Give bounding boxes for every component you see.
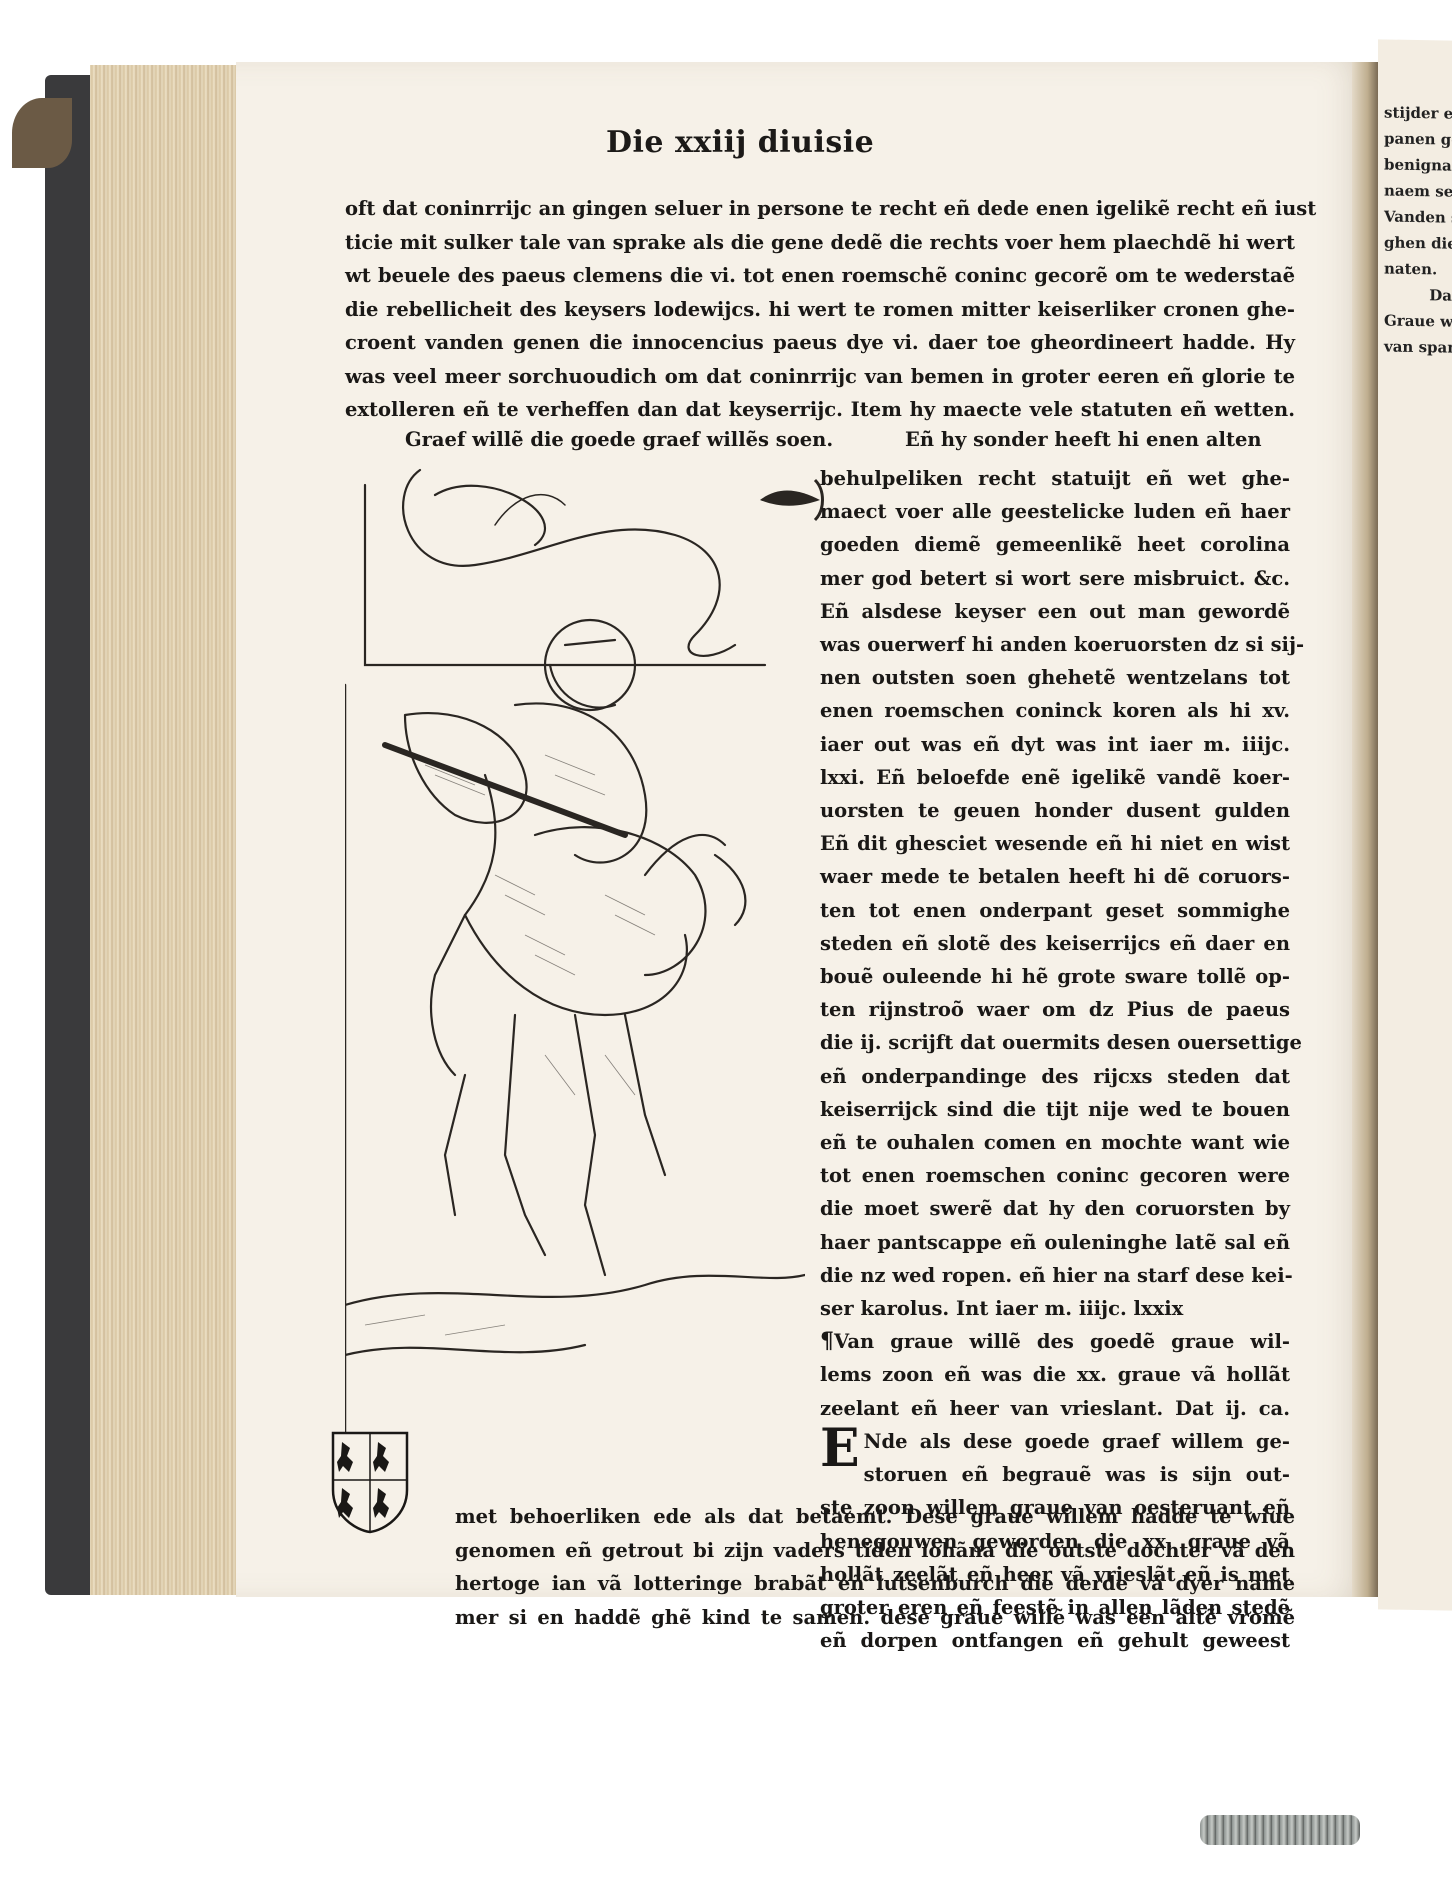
- text-line: die nz wed ropen. eñ hier na starf dese …: [820, 1259, 1290, 1292]
- facing-line: Graue will: [1378, 307, 1452, 334]
- text-line: die ij. scrijft dat ouermits desen ouers…: [820, 1026, 1290, 1059]
- right-column: behulpeliken recht statuijt eñ wet ghe- …: [820, 462, 1290, 1657]
- facing-line: van spange: [1378, 333, 1452, 360]
- text-line: Eñ dit ghesciet wesende eñ hi niet en wi…: [820, 827, 1290, 860]
- pilcrow-icon: ¶: [820, 1328, 834, 1354]
- text-line: behulpeliken recht statuijt eñ wet ghe-: [820, 462, 1290, 495]
- facing-line: ghen die hy: [1378, 229, 1452, 256]
- chapter-heading-line: lems zoon eñ was die xx. graue vã hollãt: [820, 1358, 1290, 1391]
- page-edges: [90, 65, 238, 1595]
- text-line: lxxi. Eñ beloefde enẽ igelikẽ vandẽ koer…: [820, 761, 1290, 794]
- text-line: ten rijnstroõ waer om dz Pius de paeus: [820, 993, 1290, 1026]
- chapter-heading-line: zeelant eñ heer van vrieslant. Dat ij. c…: [820, 1392, 1290, 1425]
- facing-line: naten.: [1378, 255, 1452, 282]
- text-line: waer mede te betalen heeft hi dẽ coruors…: [820, 860, 1290, 893]
- text-line: storuen eñ begrauẽ was is sijn out-: [820, 1458, 1290, 1491]
- text-line: was ouerwerf hi anden koeruorsten dz si …: [820, 628, 1290, 661]
- text-line: maect voer alle geestelicke luden eñ hae…: [820, 495, 1290, 528]
- text-line: wt beuele des paeus clemens die vi. tot …: [345, 259, 1295, 293]
- text-line: goeden diemẽ gemeenlikẽ heet corolina: [820, 528, 1290, 561]
- text-line: croent vanden genen die innocencius paeu…: [345, 326, 1295, 360]
- text-line: iaer out was eñ dyt was int iaer m. iiij…: [820, 728, 1290, 761]
- text-line: die moet swerẽ dat hy den coruorsten by: [820, 1192, 1290, 1225]
- facing-line: benignatie eñ: [1378, 151, 1452, 178]
- text-line: tot enen roemschen coninc gecoren were: [820, 1159, 1290, 1192]
- bottom-paragraph: met behoerliken ede als dat betaemt. Des…: [455, 1500, 1295, 1634]
- text-line: ser karolus. Int iaer m. iiijc. lxxix: [820, 1292, 1290, 1325]
- running-head: Die xxiij diuisie: [606, 125, 874, 160]
- text-line: Nde als dese goede graef willem ge-: [820, 1425, 1290, 1458]
- headband: [12, 98, 72, 168]
- text-line: met behoerliken ede als dat betaemt. Des…: [455, 1500, 1295, 1534]
- facing-line: stijder eñ oo: [1378, 99, 1452, 126]
- facing-line: panen gerep: [1378, 125, 1452, 152]
- text-line: uorsten te geuen honder dusent gulden: [820, 794, 1290, 827]
- ribbon-bookmark: [1200, 1815, 1360, 1845]
- text-line: ten tot enen onderpant geset sommighe: [820, 894, 1290, 927]
- text-line: eñ onderpandinge des rijcxs steden dat: [820, 1060, 1290, 1093]
- column-start: Eñ hy sonder heeft hi enen alten: [905, 428, 1262, 451]
- text-line: haer pantscappe eñ ouleninghe latẽ sal e…: [820, 1226, 1290, 1259]
- facing-line: Vanden stri: [1378, 203, 1452, 230]
- text-line: eñ te ouhalen comen en mochte want wie: [820, 1126, 1290, 1159]
- text-line: keiserrijck sind die tijt nije wed te bo…: [820, 1093, 1290, 1126]
- gutter: [1352, 62, 1378, 1597]
- text-line: steden eñ slotẽ des keiserrijcs eñ daer …: [820, 927, 1290, 960]
- facing-line: Da: [1378, 281, 1452, 308]
- text-line: mer si en haddẽ ghẽ kind te samen. dese …: [455, 1601, 1295, 1635]
- chapter-heading-line: ¶Van graue willẽ des goedẽ graue wil-: [820, 1325, 1290, 1358]
- facing-line: naem seer ou: [1378, 177, 1452, 204]
- text-line: was veel meer sorchuoudich om dat coninr…: [345, 360, 1295, 394]
- text-line: nen outsten soen ghehetẽ wentzelans tot: [820, 661, 1290, 694]
- full-width-paragraph: oft dat coninrrijc an gingen seluer in p…: [345, 192, 1295, 427]
- text-line: bouẽ ouleende hi hẽ grote sware tollẽ op…: [820, 960, 1290, 993]
- text-line: genomen eñ getrout bi zijn vaders tiden …: [455, 1534, 1295, 1568]
- text-line: hertoge ian vã lotteringe brabãt eñ luts…: [455, 1567, 1295, 1601]
- chapter-heading-text: Van graue willẽ des goedẽ graue wil-: [834, 1330, 1290, 1353]
- decorated-initial: E: [820, 1423, 860, 1475]
- facing-page-edge: stijder eñ oo panen gerep benignatie eñ …: [1378, 39, 1452, 1610]
- text-line: enen roemschen coninck koren als hi xv.: [820, 694, 1290, 727]
- text-line: mer god betert si wort sere misbruict. &…: [820, 562, 1290, 595]
- woodcut-caption: Graef willẽ die goede graef willẽs soen.: [405, 428, 833, 451]
- text-line: die rebellicheit des keysers lodewijcs. …: [345, 293, 1295, 327]
- text-line: oft dat coninrrijc an gingen seluer in p…: [345, 192, 1295, 226]
- text-line: Eñ alsdese keyser een out man gewordẽ: [820, 595, 1290, 628]
- knight-woodcut-illustration: [345, 455, 805, 1445]
- text-line: extolleren eñ te verheffen dan dat keyse…: [345, 393, 1295, 427]
- coat-of-arms-icon: [330, 1430, 410, 1535]
- text-line: ticie mit sulker tale van sprake als die…: [345, 226, 1295, 260]
